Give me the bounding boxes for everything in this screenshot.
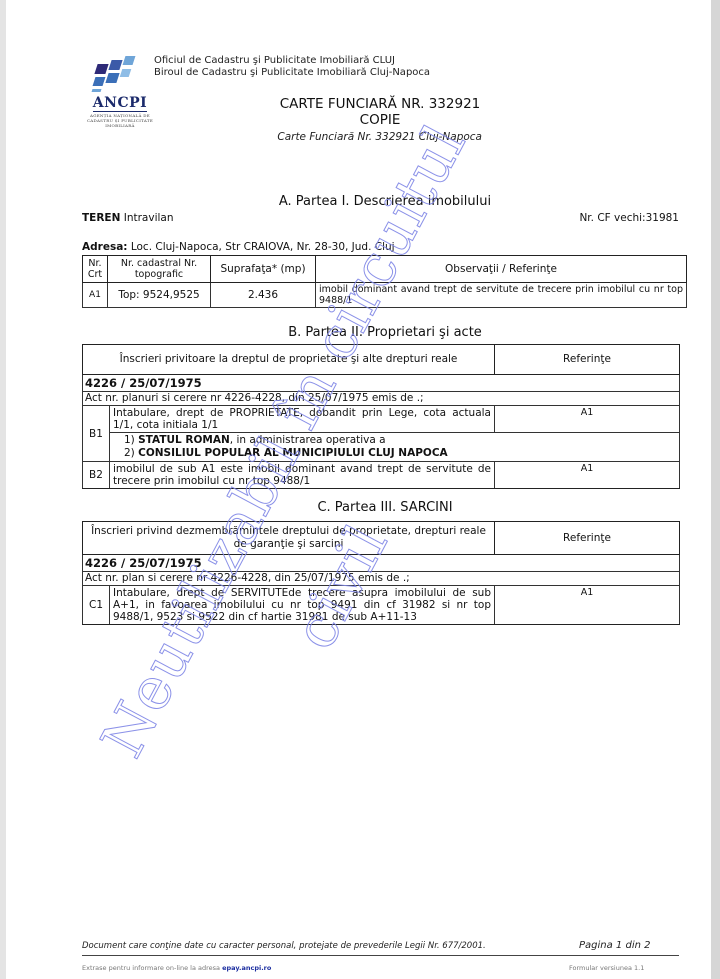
address: Adresa: Loc. Cluj-Napoca, Str CRAIOVA, N…	[82, 241, 395, 253]
table-row: A1 Top: 9524,9525 2.436 imobil dominant …	[83, 283, 687, 308]
row-nr: A1	[83, 283, 108, 308]
row-area: 2.436	[211, 283, 316, 308]
table-row: C1 Intabulare, drept de SERVITUTEde trec…	[83, 586, 680, 625]
col-entries: Înscrieri privitoare la dreptul de propr…	[83, 345, 495, 375]
act-text: Act nr. planuri si cerere nr 4226-4228, …	[83, 392, 680, 406]
part-c-title: C. Partea III. SARCINI	[82, 500, 688, 515]
row-ref: A1	[495, 462, 680, 489]
row-notes: imobil dominant avand trept de servitute…	[316, 283, 687, 308]
table-header: Înscrieri privitoare la dreptul de propr…	[83, 345, 680, 375]
owner-name: STATUL ROMAN	[138, 434, 230, 446]
col-area: Suprafaţa* (mp)	[211, 256, 316, 283]
viewer-left-edge	[0, 0, 6, 979]
col-references: Referinţe	[495, 522, 680, 555]
col-notes: Observaţii / Referinţe	[316, 256, 687, 283]
address-value: Loc. Cluj-Napoca, Str CRAIOVA, Nr. 28-30…	[131, 241, 395, 253]
col-entries: Înscrieri privind dezmembrămintele drept…	[83, 522, 495, 555]
table-row: B1 Intabulare, drept de PROPRIETATE, dob…	[83, 406, 680, 433]
office-line-1: Oficiul de Cadastru şi Publicitate Imobi…	[154, 55, 430, 67]
row-ref: A1	[495, 586, 680, 625]
entry-date: 4226 / 25/07/1975	[83, 555, 680, 572]
office-info: Oficiul de Cadastru şi Publicitate Imobi…	[154, 55, 430, 79]
logo-name: ANCPI	[93, 96, 147, 112]
row-text: Intabulare, drept de SERVITUTEde trecere…	[110, 586, 495, 625]
table-header: Înscrieri privind dezmembrămintele drept…	[83, 522, 680, 555]
entry-date-row: 4226 / 25/07/1975	[83, 375, 680, 392]
footer-divider	[82, 955, 679, 956]
address-label: Adresa:	[82, 241, 127, 253]
ancpi-logo: ANCPI AGENȚIA NAȚIONALĂ DE CADASTRU ȘI P…	[84, 52, 156, 130]
entry-date-row: 4226 / 25/07/1975	[83, 555, 680, 572]
property-description-table: Nr. Crt Nr. cadastral Nr. topografic Sup…	[82, 255, 687, 308]
owner-item: 2) CONSILIUL POPULAR AL MUNICIPIULUI CLU…	[124, 447, 676, 460]
teren-label: TEREN	[82, 212, 120, 224]
col-cadastral: Nr. cadastral Nr. topografic	[108, 256, 211, 283]
epay-link[interactable]: epay.ancpi.ro	[222, 964, 271, 972]
encumbrances-table: Înscrieri privind dezmembrămintele drept…	[82, 521, 680, 625]
title-main: CARTE FUNCIARĂ NR. 332921	[200, 96, 560, 112]
row-text: Intabulare, drept de PROPRIETATE, doband…	[110, 406, 495, 433]
row-label: C1	[83, 586, 110, 625]
row-label: B2	[83, 462, 110, 489]
act-text: Act nr. plan si cerere nr 4226-4228, din…	[83, 572, 680, 586]
part-b-title: B. Partea II. Proprietari şi acte	[82, 325, 688, 340]
owners-table: Înscrieri privitoare la dreptul de propr…	[82, 344, 680, 489]
col-nr: Nr. Crt	[83, 256, 108, 283]
old-cf-number: Nr. CF vechi:31981	[579, 212, 679, 224]
act-row: Act nr. planuri si cerere nr 4226-4228, …	[83, 392, 680, 406]
document-title: CARTE FUNCIARĂ NR. 332921 COPIE	[200, 96, 560, 128]
logo-subtitle: AGENȚIA NAȚIONALĂ DE CADASTRU ȘI PUBLICI…	[84, 113, 156, 128]
table-row: B2 imobilul de sub A1 este imobil domina…	[83, 462, 680, 489]
document-subtitle: Carte Funciară Nr. 332921 Cluj-Napoca	[200, 131, 560, 143]
entry-date: 4226 / 25/07/1975	[83, 375, 680, 392]
page-indicator: Pagina 1 din 2	[579, 940, 650, 951]
part-a-title: A. Partea I. Descrierea imobilului	[82, 194, 688, 209]
table-header: Nr. Crt Nr. cadastral Nr. topografic Sup…	[83, 256, 687, 283]
row-cadastral: Top: 9524,9525	[108, 283, 211, 308]
owner-name: CONSILIUL POPULAR AL MUNICIPIULUI CLUJ N…	[138, 447, 448, 459]
privacy-note: Document care conţine date cu caracter p…	[82, 941, 486, 951]
land-type: TEREN Intravilan	[82, 212, 174, 224]
row-label: B1	[83, 406, 110, 462]
owners-list: 1) STATUL ROMAN, in administrarea operat…	[110, 433, 680, 462]
act-row: Act nr. plan si cerere nr 4226-4228, din…	[83, 572, 680, 586]
form-version: Formular versiunea 1.1	[569, 964, 644, 972]
copy-label: COPIE	[200, 112, 560, 128]
owners-row: 1) STATUL ROMAN, in administrarea operat…	[83, 433, 680, 462]
col-references: Referinţe	[495, 345, 680, 375]
viewer-scrollbar[interactable]	[711, 0, 720, 979]
office-line-2: Biroul de Cadastru şi Publicitate Imobil…	[154, 67, 430, 79]
row-text: imobilul de sub A1 este imobil dominant …	[110, 462, 495, 489]
teren-type: Intravilan	[124, 212, 174, 224]
owner-item: 1) STATUL ROMAN, in administrarea operat…	[124, 434, 676, 447]
row-ref: A1	[495, 406, 680, 433]
extract-info: Extrase pentru informare on-line la adre…	[82, 964, 271, 972]
